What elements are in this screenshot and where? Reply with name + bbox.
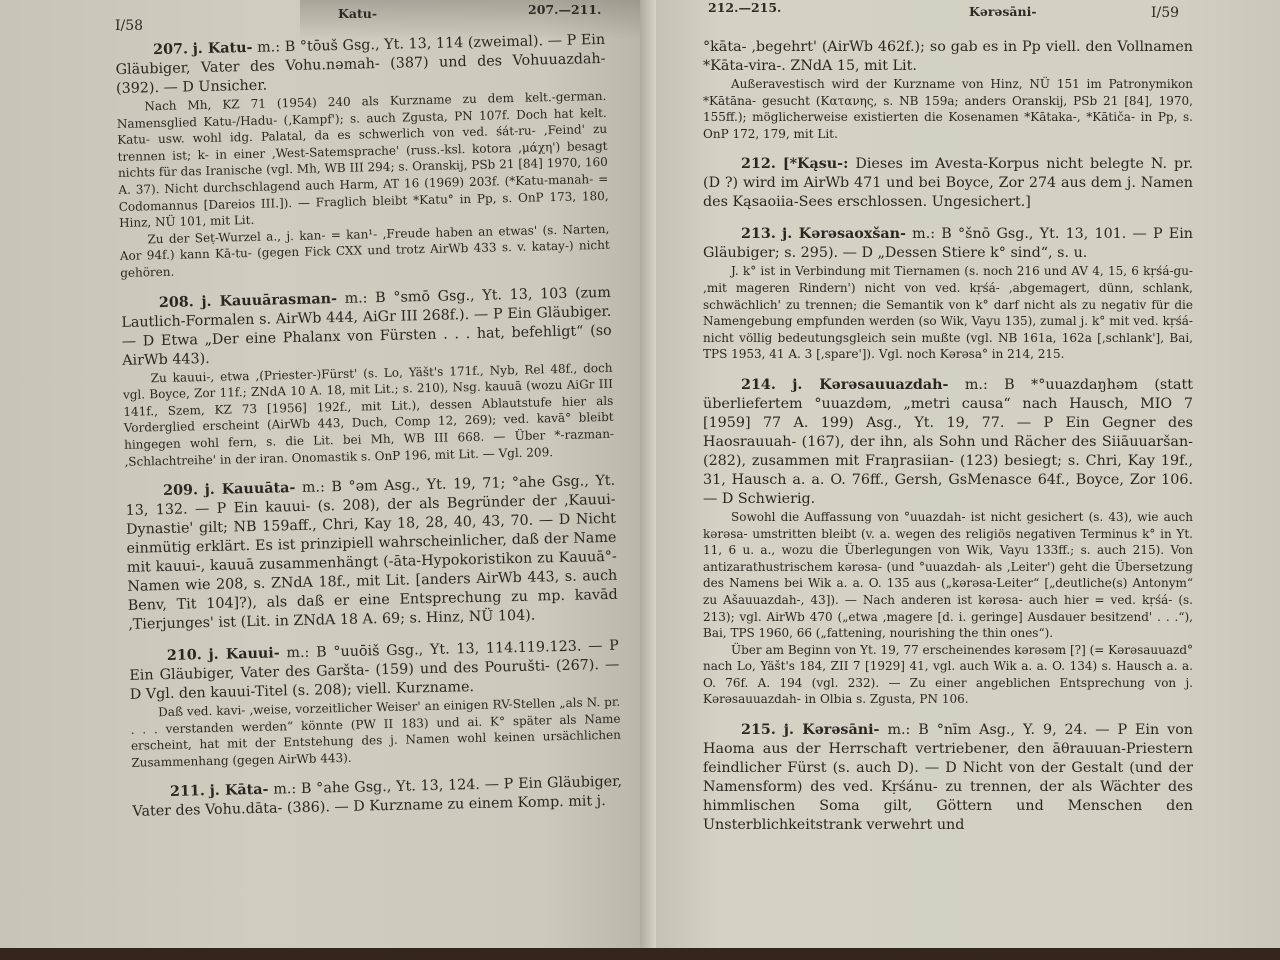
book-bottom-edge [0,948,1280,960]
entry-number: 208. [159,294,194,311]
entry-text: m.: B °smō Gsg., Yt. 13, 103 (zum Lautli… [121,284,612,368]
entry-213: 213. j. Kərəsaoxšan- m.: B °šnō Gsg., Yt… [703,225,1193,263]
entry-number: 214. [741,377,776,393]
entry-number: 209. [163,482,198,499]
entry-headword: j. Kərəsāni- [784,722,880,738]
right-entry-range: 212.—215. [708,0,781,15]
entry-214-note2: Über am Beginn von Yt. 19, 77 erscheinen… [703,642,1193,708]
left-page-number: I/58 [115,18,143,34]
entry-number: 215. [741,722,776,738]
entry-213-note: J. k° ist in Verbindung mit Tiernamen (s… [703,263,1193,363]
left-entry-range: 207.—211. [528,2,601,17]
entry-headword: j. Kauuārasman- [201,291,337,310]
entry-214: 214. j. Kərəsauuazdah- m.: B *°uuazdaŋhə… [703,376,1193,509]
right-text-column: °kāta- ‚begehrt' (AirWb 462f.); so gab e… [703,38,1193,835]
entry-headword: j. Katu- [192,40,252,57]
entry-text: m.: B °nīm Asg., Y. 9, 24. — P Ein von H… [703,722,1193,833]
entry-headword: j. Kāta- [209,782,268,799]
book-gutter [640,0,656,948]
entry-text: m.: B °tōuš Gsg., Yt. 13, 114 (zweimal).… [115,32,605,97]
entry-214-note: Sowohl die Auffassung von °uuazdah- ist … [703,509,1193,642]
left-running-head: Katu- [338,6,377,21]
entry-208: 208. j. Kauuārasman- m.: B °smō Gsg., Yt… [121,283,613,370]
entry-headword: j. Kauui- [208,646,280,664]
entry-207-note: Nach Mh, KZ 71 (1954) 240 als Kurzname z… [116,88,609,232]
left-page: I/58 Katu- 207.—211. 207. j. Katu- m.: B… [0,0,640,948]
entry-number: 212. [741,156,776,172]
entry-209: 209. j. Kauuāta- m.: B °əm Asg., Yt. 19,… [125,472,618,635]
continuation-note: Außeravestisch wird der Kurzname von Hin… [703,76,1193,142]
left-text-column: 207. j. Katu- m.: B °tōuš Gsg., Yt. 13, … [115,31,623,822]
right-running-head: Kərəsāni- [969,4,1037,19]
entry-headword: j. Kərəsauuazdah- [792,377,948,393]
entry-text: m.: B °šnō Gsg., Yt. 13, 101. — P Ein Gl… [703,226,1193,261]
entry-text: m.: B °əm Asg., Yt. 19, 71; °ahe Gsg., Y… [125,473,617,633]
entry-text: m.: B *°uuazdaŋhəm (statt überliefertem … [703,377,1193,507]
entry-headword: j. Kauuāta- [204,480,295,498]
entry-headword: [*Kąsu-: [783,156,849,172]
entry-number: 210. [167,647,202,664]
entry-number: 207. [153,41,188,58]
entry-text: Dieses im Avesta-Korpus nicht belegte N.… [703,156,1193,210]
right-page-number: I/59 [1151,5,1179,21]
entry-215: 215. j. Kərəsāni- m.: B °nīm Asg., Y. 9,… [703,721,1193,835]
entry-number: 211. [170,784,205,801]
entry-headword: j. Kərəsaoxšan- [782,226,906,242]
entry-text: m.: B °uuōiš Gsg., Yt. 13, 114.119.123. … [129,638,619,703]
entry-number: 213. [741,226,776,242]
continuation-text: °kāta- ‚begehrt' (AirWb 462f.); so gab e… [703,38,1193,76]
entry-212: 212. [*Kąsu-: Dieses im Avesta-Korpus ni… [703,155,1193,212]
entry-210-note: Daß ved. kavi- ‚weise, vorzeitlicher Wei… [130,694,621,771]
entry-208-note: Zu kauui-, etwa ‚(Priester-)Fürst' (s. L… [122,359,614,470]
